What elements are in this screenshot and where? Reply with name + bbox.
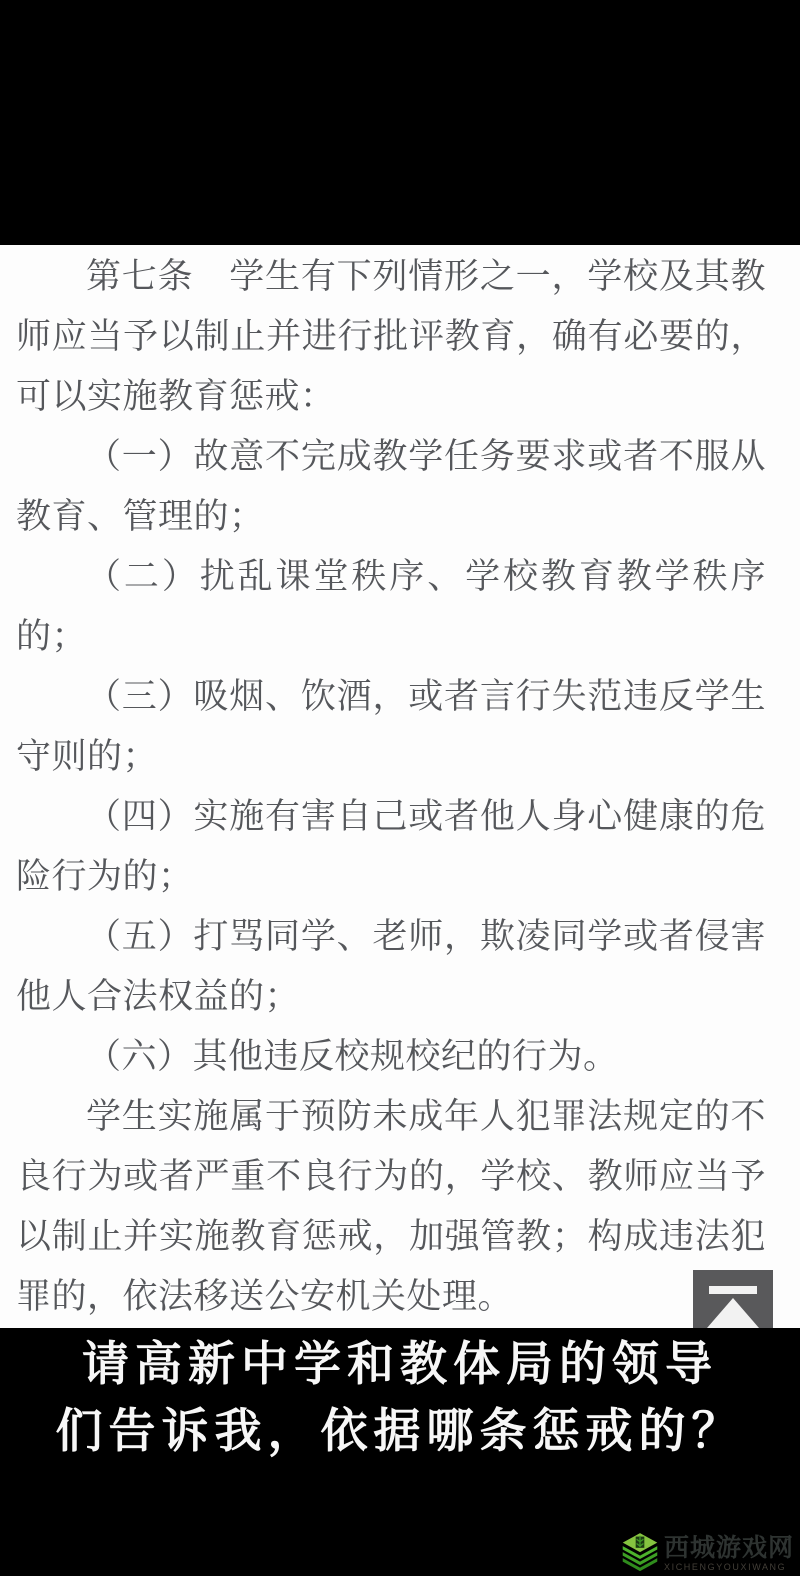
document-paragraph: （二）扰乱课堂秩序、学校教育教学秩序的； <box>16 547 766 667</box>
document-paragraph: （一）故意不完成教学任务要求或者不服从教育、管理的； <box>16 427 766 547</box>
document-paragraph: 第七条 学生有下列情形之一，学校及其教师应当予以制止并进行批评教育，确有必要的，… <box>16 247 766 427</box>
document-page[interactable]: 第七条 学生有下列情形之一，学校及其教师应当予以制止并进行批评教育，确有必要的，… <box>0 245 800 1328</box>
document-paragraph: （五）打骂同学、老师，欺凌同学或者侵害他人合法权益的； <box>16 907 766 1027</box>
site-logo-icon <box>621 1532 659 1574</box>
document-paragraph: （三）吸烟、饮酒，或者言行失范违反学生守则的； <box>16 667 766 787</box>
watermark: 西城游戏网 XICHENGYOUXIWANG <box>621 1532 794 1574</box>
caption-line: 请高新中学和教体局的领导 <box>0 1330 800 1397</box>
watermark-site-name-latin: XICHENGYOUXIWANG <box>664 1562 786 1572</box>
document-paragraph: （六）其他违反校规校纪的行为。 <box>16 1027 766 1087</box>
scroll-to-top-icon <box>707 1286 759 1328</box>
back-to-top-button[interactable] <box>693 1270 773 1328</box>
caption-overlay: 请高新中学和教体局的领导 们告诉我，依据哪条惩戒的？ 西城游戏网 XICHENG… <box>0 1328 800 1576</box>
watermark-site-name: 西城游戏网 <box>664 1535 794 1562</box>
document-paragraph: （四）实施有害自己或者他人身心健康的危险行为的； <box>16 787 766 907</box>
top-letterbox-bar <box>0 0 800 245</box>
caption-line: 们告诉我，依据哪条惩戒的？ <box>0 1397 800 1464</box>
screenshot-root: 第七条 学生有下列情形之一，学校及其教师应当予以制止并进行批评教育，确有必要的，… <box>0 0 800 1576</box>
document-paragraph: 学生实施属于预防未成年人犯罪法规定的不良行为或者严重不良行为的，学校、教师应当予… <box>16 1087 766 1327</box>
